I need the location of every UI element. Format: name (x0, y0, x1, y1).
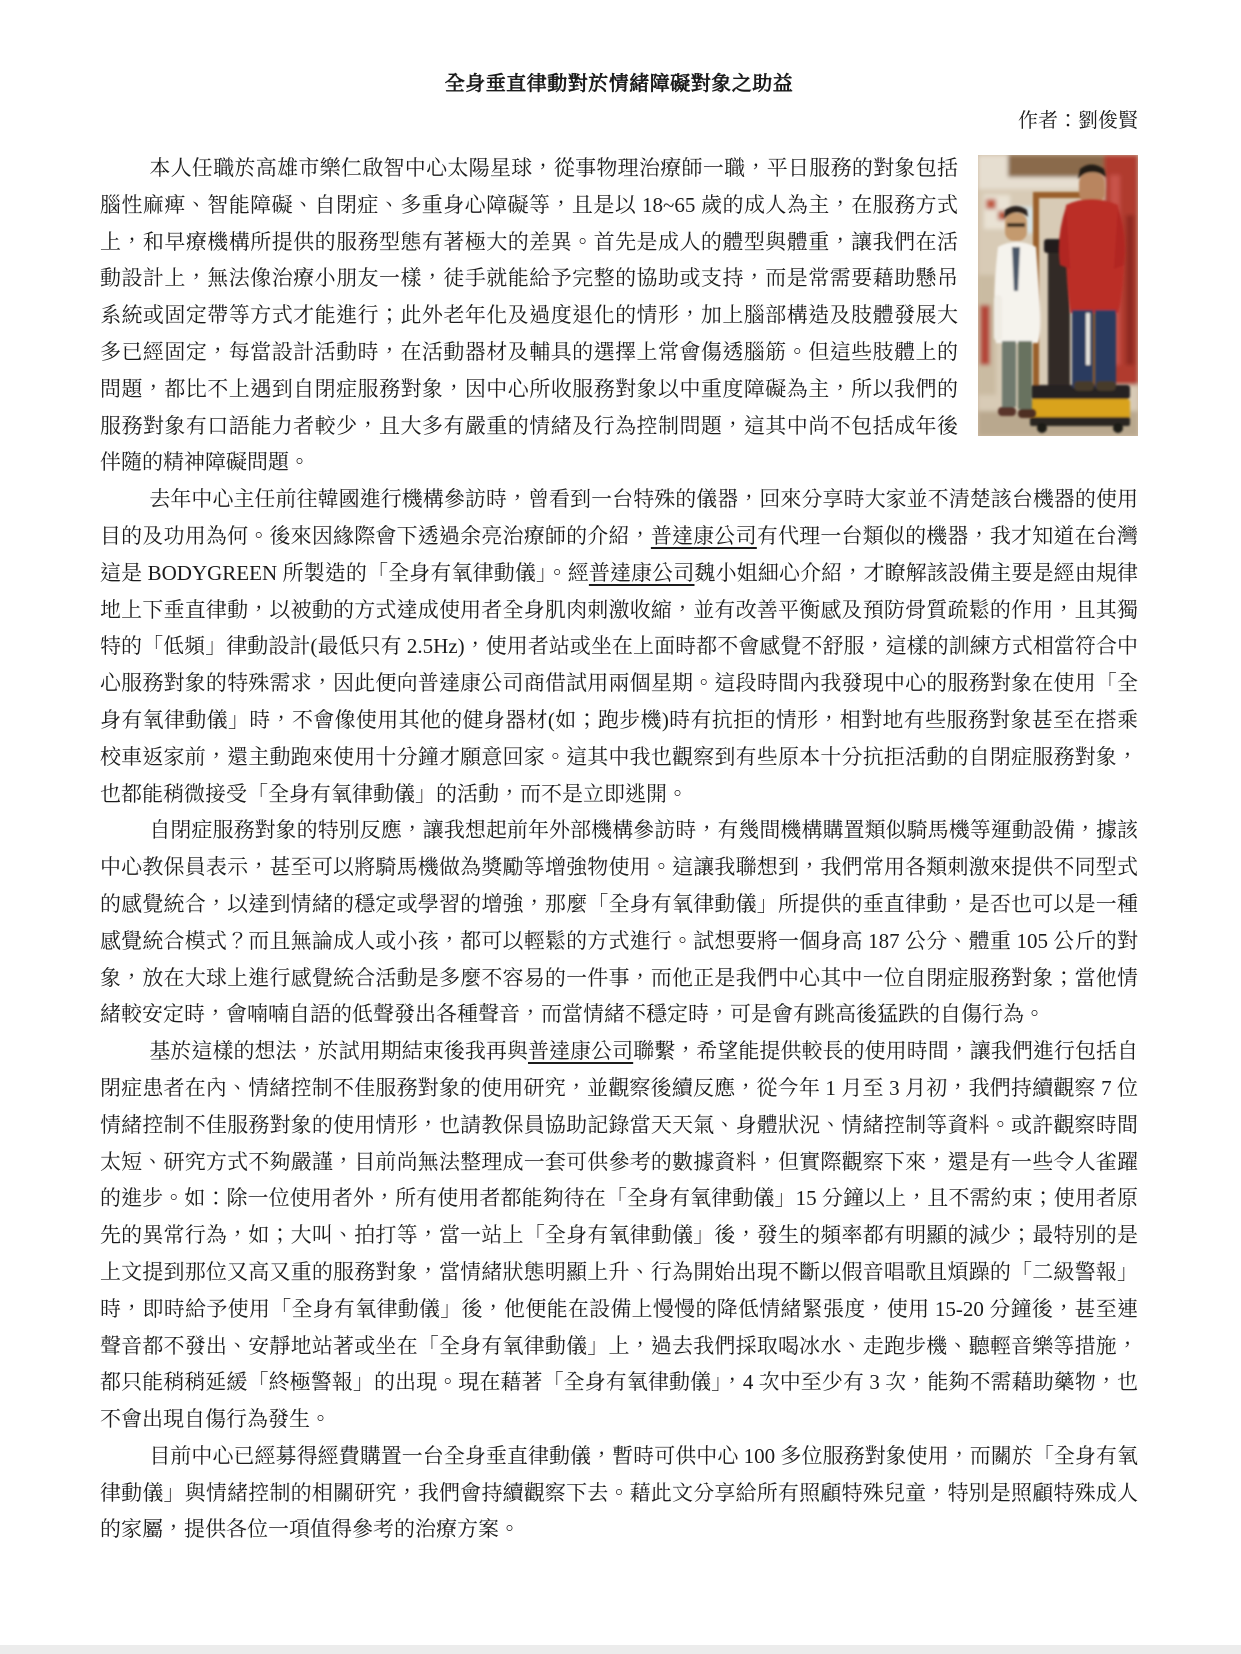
article-body: 本人任職於高雄市樂仁啟智中心太陽星球，從事物理治療師一職，平日服務的對象包括腦性… (100, 150, 1138, 1548)
therapy-session-photo (978, 155, 1138, 436)
page-bottom-edge (0, 1645, 1241, 1654)
document-content: 全身垂直律動對於情緒障礙對象之助益 作者：劉俊賢 (0, 0, 1241, 1548)
paragraph: 自閉症服務對象的特別反應，讓我想起前年外部機構參訪時，有幾間機構購置類似騎馬機等… (100, 812, 1138, 1033)
underlined-company-name: 普達康公司 (651, 524, 757, 548)
paragraph: 去年中心主任前往韓國進行機構參訪時，曾看到一台特殊的儀器，回來分享時大家並不清楚… (100, 481, 1138, 812)
paragraph: 基於這樣的想法，於試用期結束後我再與普達康公司聯繫，希望能提供較長的使用時間，讓… (100, 1033, 1138, 1438)
document-page: 全身垂直律動對於情緒障礙對象之助益 作者：劉俊賢 (0, 0, 1241, 1654)
page-title: 全身垂直律動對於情緒障礙對象之助益 (100, 70, 1138, 98)
paragraph: 目前中心已經募得經費購置一台全身垂直律動儀，暫時可供中心 100 多位服務對象使… (100, 1438, 1138, 1548)
underlined-company-name: 普達康公司 (589, 561, 695, 585)
author-line: 作者：劉俊賢 (100, 108, 1138, 134)
underlined-company-name: 普達康公司 (528, 1039, 633, 1063)
